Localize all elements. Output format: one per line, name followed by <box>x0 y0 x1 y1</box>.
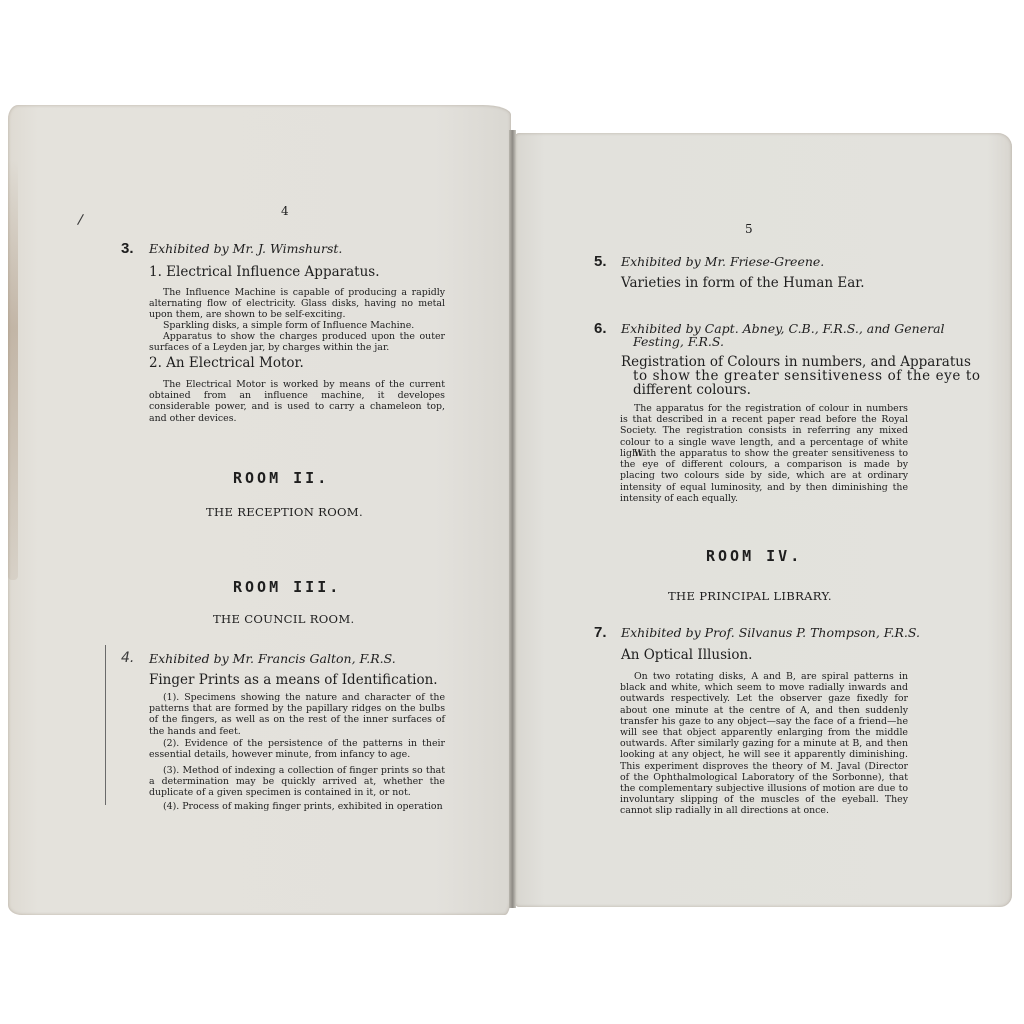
exhibit-3-item-1-body-1: The Influence Machine is capable of prod… <box>149 287 445 321</box>
page-number-left: 4 <box>281 204 289 218</box>
exhibit-5-number: 5. <box>594 253 607 270</box>
exhibit-5-exhibitor: Exhibited by Mr. Friese-Greene. <box>621 254 824 269</box>
exhibit-5-title: Varieties in form of the Human Ear. <box>621 275 865 291</box>
exhibit-3-item-1-body-3: Apparatus to show the charges produced u… <box>149 331 445 353</box>
exhibit-4-item-1: (1). Specimens showing the nature and ch… <box>149 692 445 737</box>
exhibit-6-title-line-3: different colours. <box>633 382 751 398</box>
exhibit-6-body-2: With the apparatus to show the greater s… <box>620 448 908 504</box>
exhibit-4-number: 4. <box>121 650 134 666</box>
page-number-right: 5 <box>745 222 753 236</box>
room-2-name: THE RECEPTION ROOM. <box>206 505 363 519</box>
room-4-name: THE PRINCIPAL LIBRARY. <box>668 589 832 603</box>
exhibit-3-item-2-body: The Electrical Motor is worked by means … <box>149 379 445 424</box>
pencil-margin-line <box>105 645 106 805</box>
exhibit-4-title: Finger Prints as a means of Identificati… <box>149 672 438 688</box>
room-3-name: THE COUNCIL ROOM. <box>213 612 355 626</box>
exhibit-3-item-1-body-2: Sparkling disks, a simple form of Influe… <box>149 320 445 331</box>
exhibit-4-item-4: (4). Process of making finger prints, ex… <box>149 801 445 812</box>
exhibit-3-exhibitor: Exhibited by Mr. J. Wimshurst. <box>149 241 342 256</box>
exhibit-4-item-2: (2). Evidence of the persistence of the … <box>149 738 445 760</box>
exhibit-7-exhibitor: Exhibited by Prof. Silvanus P. Thompson,… <box>621 625 920 640</box>
exhibit-6-number: 6. <box>594 320 607 337</box>
exhibit-3-item-1-title: 1. Electrical Influence Apparatus. <box>149 264 379 280</box>
room-4-heading: ROOM IV. <box>706 547 802 565</box>
exhibit-7-title: An Optical Illusion. <box>621 647 752 663</box>
exhibit-4-exhibitor: Exhibited by Mr. Francis Galton, F.R.S. <box>149 651 396 666</box>
exhibit-3-number: 3. <box>121 240 134 257</box>
exhibit-6-exhibitor-line-2: Festing, F.R.S. <box>633 334 724 349</box>
exhibit-3-item-2-title: 2. An Electrical Motor. <box>149 355 304 371</box>
book-gutter <box>509 130 516 908</box>
room-2-heading: ROOM II. <box>233 469 329 487</box>
room-3-heading: ROOM III. <box>233 578 341 596</box>
exhibit-7-number: 7. <box>594 624 607 641</box>
exhibit-4-item-3: (3). Method of indexing a collection of … <box>149 765 445 799</box>
exhibit-7-body: On two rotating disks, A and B, are spir… <box>620 671 908 817</box>
edge-stain <box>8 160 18 580</box>
